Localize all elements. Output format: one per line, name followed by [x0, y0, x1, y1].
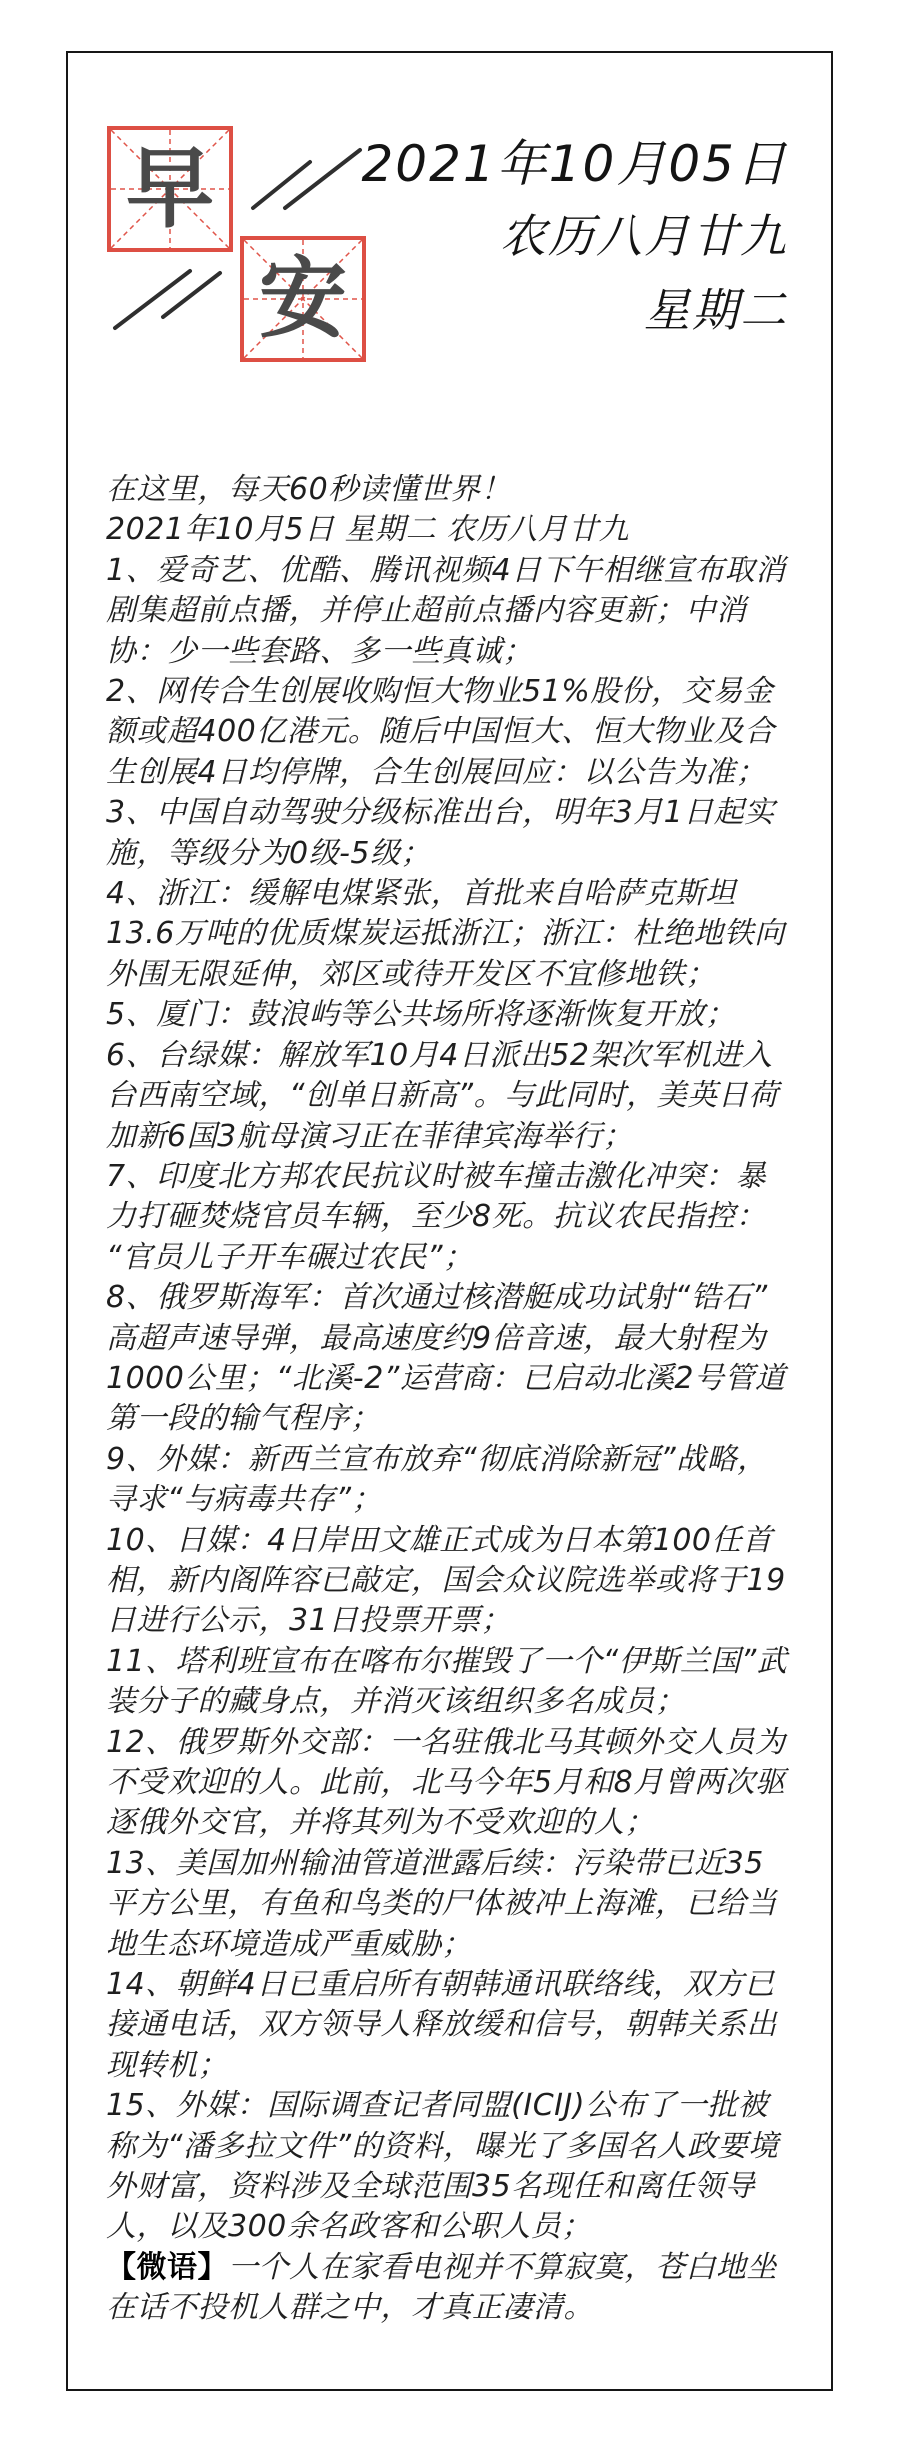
news-body: 在这里，每天60秒读懂世界！ 2021年10月5日 星期二 农历八月廿九 1、爱…: [106, 470, 794, 2329]
logo-char-zao: 早: [111, 130, 229, 248]
news-item: 5、厦门：鼓浪屿等公共场所将逐渐恢复开放；: [106, 995, 794, 1035]
news-item: 2、网传合生创展收购恒大物业51%股份，交易金额或超400亿港元。随后中国恒大、…: [106, 672, 794, 793]
gregorian-date: 2021年10月05日: [362, 136, 789, 192]
news-item: 8、俄罗斯海军：首次通过核潜艇成功试射“锆石”高超声速导弹，最高速度约9倍音速，…: [106, 1278, 794, 1440]
news-item: 1、爱奇艺、优酷、腾讯视频4日下午相继宣布取消剧集超前点播，并停止超前点播内容更…: [106, 551, 794, 672]
news-item: 14、朝鲜4日已重启所有朝韩通讯联络线，双方已接通电话，双方领导人释放缓和信号，…: [106, 1965, 794, 2086]
news-item: 4、浙江：缓解电煤紧张，首批来自哈萨克斯坦13.6万吨的优质煤炭运抵浙江；浙江：…: [106, 874, 794, 995]
logo-char-box-zao: 早: [107, 126, 233, 252]
double-slash-icon: [110, 266, 225, 332]
double-slash-icon: [248, 144, 368, 214]
logo-char-an: 安: [244, 240, 362, 358]
news-item: 10、日媒：4日岸田文雄正式成为日本第100任首相，新内阁阵容已敲定，国会众议院…: [106, 1521, 794, 1642]
header-date-block: 2021年10月05日 农历八月廿九 星期二: [362, 136, 789, 358]
intro-tagline: 在这里，每天60秒读懂世界！: [106, 470, 794, 510]
logo-char-box-an: 安: [240, 236, 366, 362]
news-item: 12、俄罗斯外交部：一名驻俄北马其顿外交人员为不受欢迎的人。此前，北马今年5月和…: [106, 1723, 794, 1844]
intro-dateline: 2021年10月5日 星期二 农历八月廿九: [106, 510, 794, 550]
weekday: 星期二: [362, 284, 789, 336]
news-item: 9、外媒：新西兰宣布放弃“彻底消除新冠”战略，寻求“与病毒共存”；: [106, 1440, 794, 1521]
news-item: 3、中国自动驾驶分级标准出台，明年3月1日起实施，等级分为0级-5级；: [106, 793, 794, 874]
weiyu-paragraph: 【微语】一个人在家看电视并不算寂寞，苍白地坐在话不投机人群之中，才真正凄清。: [106, 2248, 794, 2329]
weiyu-label: 【微语】: [106, 2250, 228, 2285]
morning-report-page: 早 安 2021年10月05日 农历八月廿九 星期二 在这里，每天60秒读懂世界…: [0, 0, 900, 2440]
news-item: 6、台绿媒：解放军10月4日派出52架次军机进入台西南空域，“创单日新高”。与此…: [106, 1036, 794, 1157]
news-item: 13、美国加州输油管道泄露后续：污染带已近35平方公里，有鱼和鸟类的尸体被冲上海…: [106, 1844, 794, 1965]
news-item: 7、印度北方邦农民抗议时被车撞击激化冲突：暴力打砸焚烧官员车辆，至少8死。抗议农…: [106, 1157, 794, 1278]
news-item: 15、外媒：国际调查记者同盟(ICIJ)公布了一批被称为“潘多拉文件”的资料，曝…: [106, 2086, 794, 2248]
news-item: 11、塔利班宣布在喀布尔摧毁了一个“伊斯兰国”武装分子的藏身点，并消灭该组织多名…: [106, 1642, 794, 1723]
lunar-date: 农历八月廿九: [362, 210, 789, 262]
